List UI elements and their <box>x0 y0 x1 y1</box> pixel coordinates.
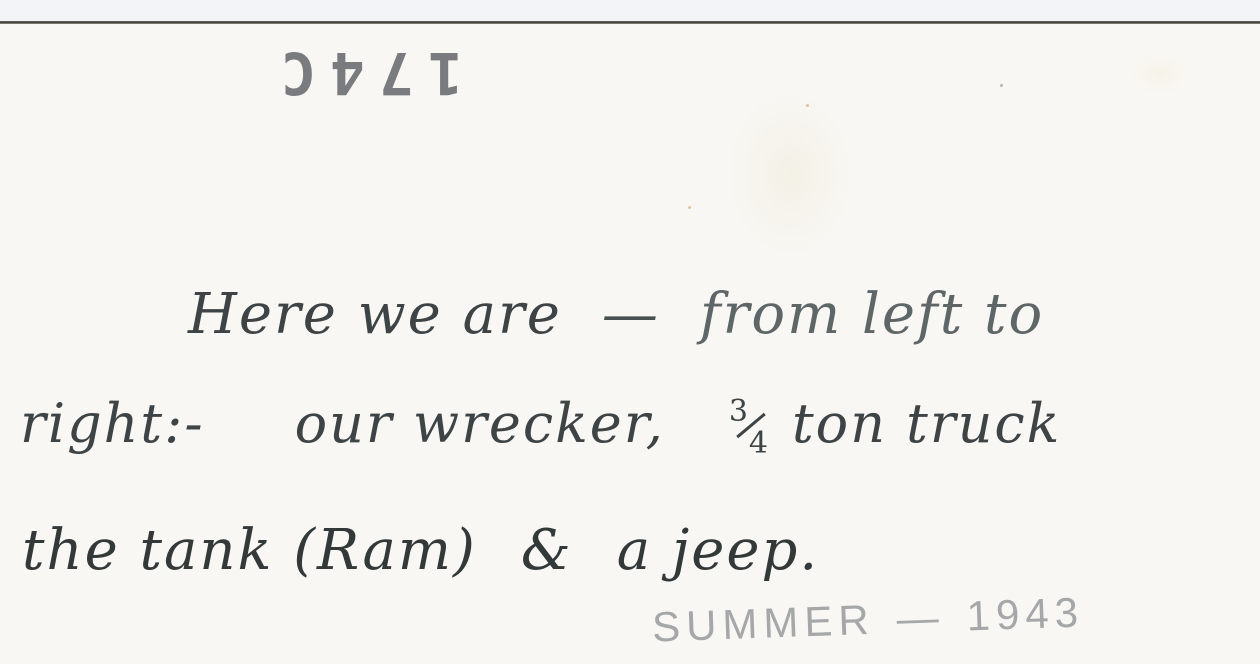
caption-our-wrecker: our wrecker, <box>295 392 665 455</box>
caption-ampersand: & <box>521 518 573 583</box>
caption-from-left-to: from left to <box>700 282 1044 347</box>
caption-the-tank-ram: the tank (Ram) <box>22 518 477 583</box>
scanned-photo-back: 174C Here we are—from left to right:-our… <box>0 0 1260 664</box>
caption-right: right:- <box>20 392 205 455</box>
caption-ton-truck: ton truck <box>792 392 1061 455</box>
paper-speck <box>806 104 809 107</box>
upside-down-stamp-number: 174C <box>250 38 480 108</box>
paper-speck <box>1000 84 1003 87</box>
caption-a-jeep: a jeep. <box>617 518 819 583</box>
caption-here-we-are: Here we are <box>188 282 562 347</box>
caption-line-1: Here we are—from left to <box>188 282 1044 347</box>
scanner-background <box>0 0 1260 22</box>
pencil-dash: — <box>896 593 946 642</box>
caption-dash: — <box>602 282 660 347</box>
caption-line-3: the tank (Ram)&a jeep. <box>22 518 819 583</box>
paper-speck <box>688 206 691 209</box>
caption-line-2: right:-our wrecker,34 ton truck <box>20 392 1061 458</box>
pencil-year: 1943 <box>966 588 1085 639</box>
pencil-season: SUMMER <box>651 596 875 651</box>
three-quarter-fraction: 34 <box>725 398 773 458</box>
